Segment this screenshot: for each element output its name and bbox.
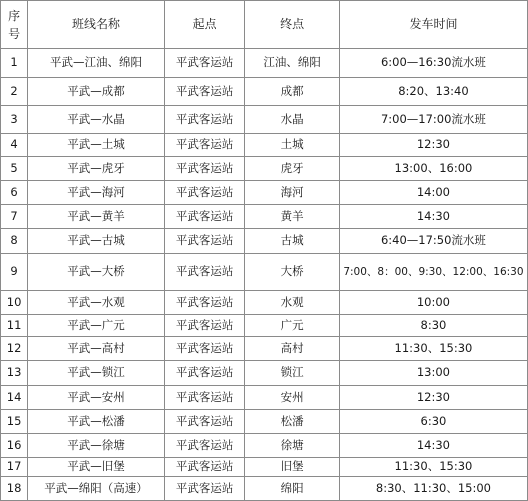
cell-route: 平武—海河 — [28, 181, 165, 205]
table-row: 13 平武—锁江 平武客运站 锁江 13:00 — [1, 361, 528, 386]
table-row: 10 平武—水观 平武客运站 水观 10:00 — [1, 291, 528, 315]
cell-departure: 14:30 — [339, 434, 527, 458]
table-row: 14 平武—安州 平武客运站 安州 12:30 — [1, 386, 528, 410]
cell-destination: 松潘 — [245, 410, 340, 434]
cell-departure: 6:40—17:50流水班 — [339, 229, 527, 254]
table-header-row: 序号 班线名称 起点 终点 发车时间 — [1, 1, 528, 49]
cell-route: 平武—水观 — [28, 291, 165, 315]
cell-no: 16 — [1, 434, 28, 458]
header-origin: 起点 — [164, 1, 244, 49]
bus-schedule-table: 序号 班线名称 起点 终点 发车时间 1 平武—江油、绵阳 平武客运站 江油、绵… — [0, 0, 528, 500]
cell-no: 9 — [1, 254, 28, 291]
table-row: 12 平武—高村 平武客运站 高村 11:30、15:30 — [1, 337, 528, 361]
cell-departure: 6:30 — [339, 410, 527, 434]
cell-departure: 6:00—16:30流水班 — [339, 49, 527, 78]
cell-departure: 11:30、15:30 — [339, 458, 527, 477]
cell-destination: 徐塘 — [245, 434, 340, 458]
cell-route: 平武—松潘 — [28, 410, 165, 434]
cell-destination: 安州 — [245, 386, 340, 410]
cell-departure: 10:00 — [339, 291, 527, 315]
table-row: 7 平武—黄羊 平武客运站 黄羊 14:30 — [1, 205, 528, 229]
cell-no: 15 — [1, 410, 28, 434]
cell-no: 4 — [1, 134, 28, 157]
cell-origin: 平武客运站 — [164, 157, 244, 181]
table-row: 6 平武—海河 平武客运站 海河 14:00 — [1, 181, 528, 205]
cell-origin: 平武客运站 — [164, 315, 244, 337]
cell-destination: 水晶 — [245, 106, 340, 134]
cell-route: 平武—安州 — [28, 386, 165, 410]
cell-destination: 成都 — [245, 78, 340, 106]
cell-no: 11 — [1, 315, 28, 337]
cell-origin: 平武客运站 — [164, 410, 244, 434]
cell-no: 7 — [1, 205, 28, 229]
cell-no: 17 — [1, 458, 28, 477]
header-no-line2: 号 — [8, 27, 20, 41]
cell-no: 5 — [1, 157, 28, 181]
cell-destination: 江油、绵阳 — [245, 49, 340, 78]
cell-origin: 平武客运站 — [164, 477, 244, 501]
cell-route: 平武—广元 — [28, 315, 165, 337]
cell-destination: 广元 — [245, 315, 340, 337]
cell-route: 平武—旧堡 — [28, 458, 165, 477]
cell-route: 平武—黄羊 — [28, 205, 165, 229]
table-row: 1 平武—江油、绵阳 平武客运站 江油、绵阳 6:00—16:30流水班 — [1, 49, 528, 78]
cell-departure: 11:30、15:30 — [339, 337, 527, 361]
table-row: 11 平武—广元 平武客运站 广元 8:30 — [1, 315, 528, 337]
cell-no: 8 — [1, 229, 28, 254]
cell-origin: 平武客运站 — [164, 229, 244, 254]
cell-departure: 12:30 — [339, 386, 527, 410]
cell-no: 12 — [1, 337, 28, 361]
cell-route: 平武—绵阳（高速） — [28, 477, 165, 501]
cell-origin: 平武客运站 — [164, 181, 244, 205]
cell-route: 平武—大桥 — [28, 254, 165, 291]
cell-route: 平武—高村 — [28, 337, 165, 361]
cell-origin: 平武客运站 — [164, 386, 244, 410]
cell-route: 平武—江油、绵阳 — [28, 49, 165, 78]
cell-origin: 平武客运站 — [164, 49, 244, 78]
cell-origin: 平武客运站 — [164, 291, 244, 315]
cell-departure: 8:30、11:30、15:00 — [339, 477, 527, 501]
cell-destination: 高村 — [245, 337, 340, 361]
table-row: 18 平武—绵阳（高速） 平武客运站 绵阳 8:30、11:30、15:00 — [1, 477, 528, 501]
cell-route: 平武—徐塘 — [28, 434, 165, 458]
cell-origin: 平武客运站 — [164, 78, 244, 106]
header-departure: 发车时间 — [339, 1, 527, 49]
cell-departure: 8:20、13:40 — [339, 78, 527, 106]
table-row: 16 平武—徐塘 平武客运站 徐塘 14:30 — [1, 434, 528, 458]
cell-destination: 黄羊 — [245, 205, 340, 229]
cell-no: 10 — [1, 291, 28, 315]
header-route: 班线名称 — [28, 1, 165, 49]
cell-route: 平武—土城 — [28, 134, 165, 157]
cell-destination: 水观 — [245, 291, 340, 315]
cell-no: 1 — [1, 49, 28, 78]
cell-destination: 锁江 — [245, 361, 340, 386]
table-row: 15 平武—松潘 平武客运站 松潘 6:30 — [1, 410, 528, 434]
cell-route: 平武—古城 — [28, 229, 165, 254]
cell-origin: 平武客运站 — [164, 361, 244, 386]
table-row: 9 平武—大桥 平武客运站 大桥 7:00、8：00、9:30、12:00、16… — [1, 254, 528, 291]
cell-origin: 平武客运站 — [164, 434, 244, 458]
cell-no: 13 — [1, 361, 28, 386]
cell-origin: 平武客运站 — [164, 134, 244, 157]
cell-destination: 旧堡 — [245, 458, 340, 477]
cell-origin: 平武客运站 — [164, 458, 244, 477]
cell-destination: 古城 — [245, 229, 340, 254]
cell-origin: 平武客运站 — [164, 254, 244, 291]
table-row: 17 平武—旧堡 平武客运站 旧堡 11:30、15:30 — [1, 458, 528, 477]
cell-route: 平武—锁江 — [28, 361, 165, 386]
cell-route: 平武—虎牙 — [28, 157, 165, 181]
cell-route: 平武—成都 — [28, 78, 165, 106]
cell-no: 2 — [1, 78, 28, 106]
cell-departure: 14:00 — [339, 181, 527, 205]
table-row: 4 平武—土城 平武客运站 土城 12:30 — [1, 134, 528, 157]
cell-destination: 大桥 — [245, 254, 340, 291]
header-destination: 终点 — [245, 1, 340, 49]
cell-no: 14 — [1, 386, 28, 410]
cell-departure: 13:00 — [339, 361, 527, 386]
cell-destination: 土城 — [245, 134, 340, 157]
table-row: 2 平武—成都 平武客运站 成都 8:20、13:40 — [1, 78, 528, 106]
cell-departure: 14:30 — [339, 205, 527, 229]
cell-no: 6 — [1, 181, 28, 205]
cell-departure: 8:30 — [339, 315, 527, 337]
cell-departure: 13:00、16:00 — [339, 157, 527, 181]
cell-no: 3 — [1, 106, 28, 134]
table-row: 3 平武—水晶 平武客运站 水晶 7:00—17:00流水班 — [1, 106, 528, 134]
table-row: 8 平武—古城 平武客运站 古城 6:40—17:50流水班 — [1, 229, 528, 254]
cell-origin: 平武客运站 — [164, 337, 244, 361]
cell-destination: 海河 — [245, 181, 340, 205]
cell-route: 平武—水晶 — [28, 106, 165, 134]
header-no: 序号 — [1, 1, 28, 49]
table-row: 5 平武—虎牙 平武客运站 虎牙 13:00、16:00 — [1, 157, 528, 181]
cell-no: 18 — [1, 477, 28, 501]
cell-destination: 绵阳 — [245, 477, 340, 501]
cell-departure: 7:00—17:00流水班 — [339, 106, 527, 134]
header-no-line1: 序 — [8, 9, 20, 23]
cell-departure: 12:30 — [339, 134, 527, 157]
cell-origin: 平武客运站 — [164, 106, 244, 134]
cell-departure: 7:00、8：00、9:30、12:00、16:30 — [339, 254, 527, 291]
cell-origin: 平武客运站 — [164, 205, 244, 229]
cell-destination: 虎牙 — [245, 157, 340, 181]
